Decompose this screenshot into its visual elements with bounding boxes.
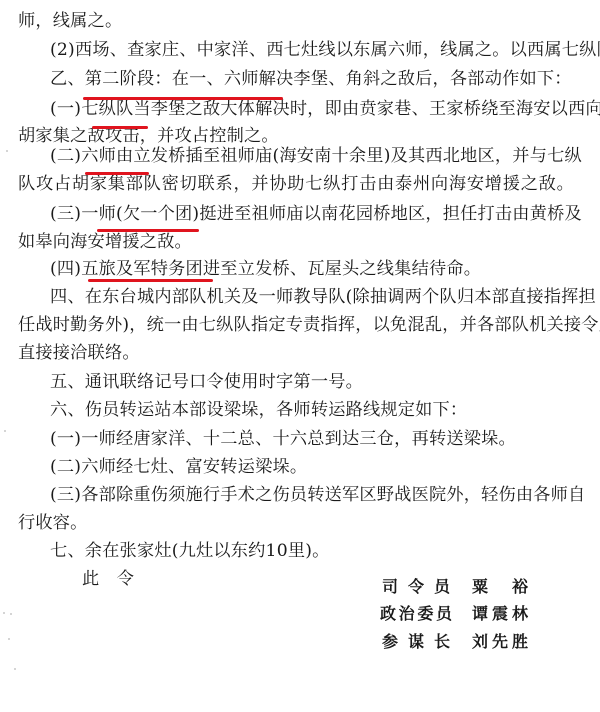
red-underline-annotation	[85, 172, 149, 175]
red-underline-annotation	[83, 97, 283, 100]
text-line: 乙、第二阶段：在一、六师解决李堡、角斜之敌后，各部动作如下：	[50, 68, 574, 90]
text-line: 直接接洽联络。	[18, 342, 574, 364]
scan-artifact	[4, 430, 6, 432]
text-line: (2)西场、查家庄、中家洋、西七灶线以东属六师，线属之。以西属七纵队。	[50, 39, 574, 61]
scan-artifact	[6, 150, 8, 152]
signature-name: 粟裕	[472, 576, 528, 598]
scan-artifact	[3, 612, 5, 614]
text-line: 队攻占胡家集部队密切联系，并协助七纵打击由泰州向海安增援之敌。	[18, 173, 574, 195]
text-line: 师，线属之。	[18, 10, 574, 32]
signature-title: 司令员	[382, 576, 450, 598]
text-line: (二)六师经七灶、富安转运梁垛。	[50, 456, 574, 478]
text-line: 如皋向海安增援之敌。	[18, 231, 574, 253]
text-line: (一)一师经唐家洋、十二总、十六总到达三仓，再转送梁垛。	[50, 428, 574, 450]
scan-artifact	[8, 638, 10, 640]
red-underline-annotation	[92, 126, 148, 129]
signature-name: 谭震林	[472, 603, 528, 625]
text-line: 五、通讯联络记号口令使用时字第一号。	[50, 371, 574, 393]
text-line: (四)五旅及军特务团进至立发桥、瓦屋头之线集结待命。	[50, 258, 574, 280]
signature-title: 参谋长	[382, 631, 450, 653]
scan-artifact	[14, 668, 16, 670]
red-underline-annotation	[97, 229, 199, 232]
text-line: (一)七纵队当李堡之敌大体解决时，即由贲家巷、王家桥绕至海安以西向	[50, 98, 574, 120]
signature-title: 政治委员	[380, 603, 452, 625]
text-line: (三)各部除重伤须施行手术之伤员转送军区野战医院外，轻伤由各师自	[50, 484, 574, 506]
signature-name: 刘先胜	[472, 631, 528, 653]
text-line: 行收容。	[18, 512, 574, 534]
text-line: 四、在东台城内部队机关及一师教导队(除抽调两个队归本部直接指挥担	[50, 286, 574, 308]
scanned-document-page: 师，线属之。 (2)西场、查家庄、中家洋、西七灶线以东属六师，线属之。以西属七纵…	[0, 0, 600, 712]
text-line: 任战时勤务外)，统一由七纵队指定专责指挥，以免混乱，并各部队机关接令后	[18, 314, 574, 336]
scan-artifact	[10, 613, 12, 615]
text-line: 六、伤员转运站本部设梁垛，各师转运路线规定如下：	[50, 399, 574, 421]
text-line: 七、余在张家灶(九灶以东约10里)。	[50, 540, 574, 562]
text-line: (三)一师(欠一个团)挺进至祖师庙以南花园桥地区，担任打击由黄桥及	[50, 203, 574, 225]
red-underline-annotation	[88, 279, 213, 282]
text-line: (二)六师由立发桥插至祖师庙(海安南十余里)及其西北地区，并与七纵	[50, 145, 574, 167]
